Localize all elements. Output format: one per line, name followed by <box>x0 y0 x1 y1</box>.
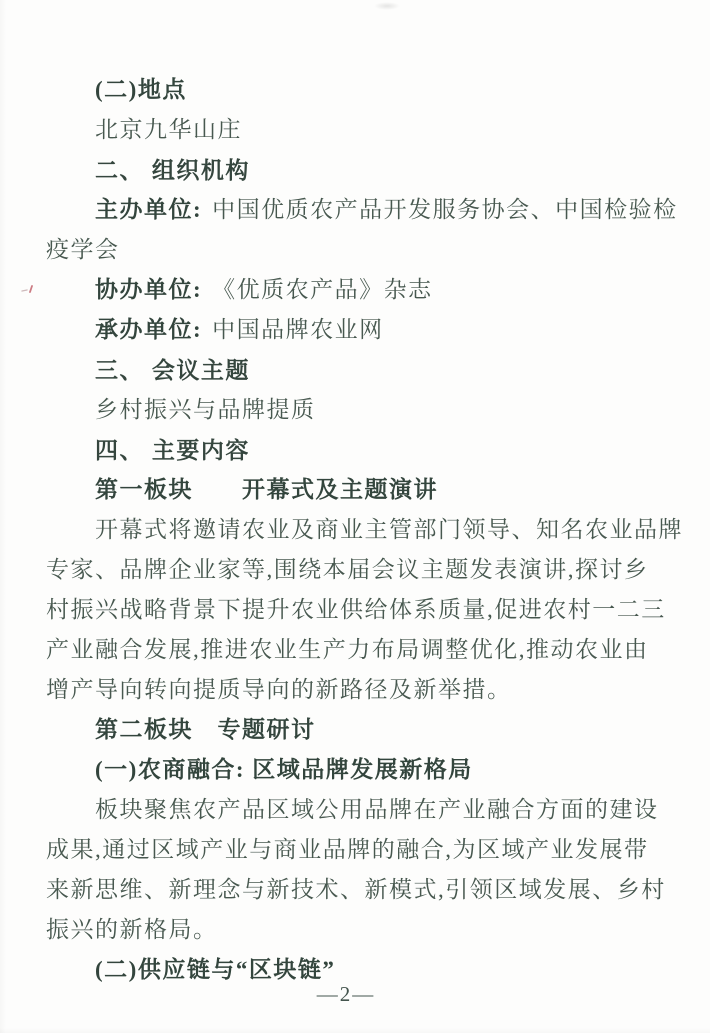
label-value: 中国优质农产品开发服务协会、中国检验检 <box>212 197 678 222</box>
scan-smudge-mark <box>374 2 400 10</box>
paragraph-line: 北京九华山庄 <box>46 110 710 150</box>
label-line: 协办单位:《优质农产品》杂志 <box>46 270 710 310</box>
label-text: 承办单位: <box>95 317 202 342</box>
subsection-heading: (二)地点 <box>46 70 710 110</box>
label-value: 中国品牌农业网 <box>212 317 384 342</box>
subsection-heading: 第一板块 开幕式及主题演讲 <box>46 470 710 510</box>
paragraph-line: 产业融合发展,推进农业生产力布局调整优化,推动农业由 <box>46 630 710 670</box>
label-line: 承办单位:中国品牌农业网 <box>46 310 710 350</box>
label-text: 主办单位: <box>95 197 202 222</box>
paragraph-line: 振兴的新格局。 <box>46 910 710 950</box>
paragraph-line: 成果,通过区域产业与商业品牌的融合,为区域产业发展带 <box>46 830 710 870</box>
subsection-heading: (一)农商融合: 区域品牌发展新格局 <box>46 750 710 790</box>
paragraph-line: 来新思维、新理念与新技术、新模式,引领区域发展、乡村 <box>46 870 710 910</box>
label-value: 《优质农产品》杂志 <box>212 277 433 302</box>
document-body: (二)地点 北京九华山庄 二、 组织机构 主办单位:中国优质农产品开发服务协会、… <box>46 70 710 990</box>
paragraph-line: 板块聚焦农产品区域公用品牌在产业融合方面的建设 <box>46 790 710 830</box>
label-text: 协办单位: <box>95 277 202 302</box>
section-heading: 二、 组织机构 <box>46 150 710 190</box>
red-pen-mark <box>21 283 39 297</box>
section-heading: 三、 会议主题 <box>46 350 710 390</box>
document-page: (二)地点 北京九华山庄 二、 组织机构 主办单位:中国优质农产品开发服务协会、… <box>0 0 710 1033</box>
section-heading: 四、 主要内容 <box>46 430 710 470</box>
subsection-heading: 第二板块 专题研讨 <box>46 710 710 750</box>
paragraph-line: 增产导向转向提质导向的新路径及新举措。 <box>46 670 710 710</box>
paragraph-line: 村振兴战略背景下提升农业供给体系质量,促进农村一二三 <box>46 590 710 630</box>
page-number: —2— <box>0 982 701 1007</box>
paragraph-line: 开幕式将邀请农业及商业主管部门领导、知名农业品牌 <box>46 510 710 550</box>
label-line: 主办单位:中国优质农产品开发服务协会、中国检验检 <box>46 190 710 230</box>
paragraph-line: 疫学会 <box>46 230 710 270</box>
paragraph-line: 乡村振兴与品牌提质 <box>46 390 710 430</box>
paragraph-line: 专家、品牌企业家等,围绕本届会议主题发表演讲,探讨乡 <box>46 550 710 590</box>
